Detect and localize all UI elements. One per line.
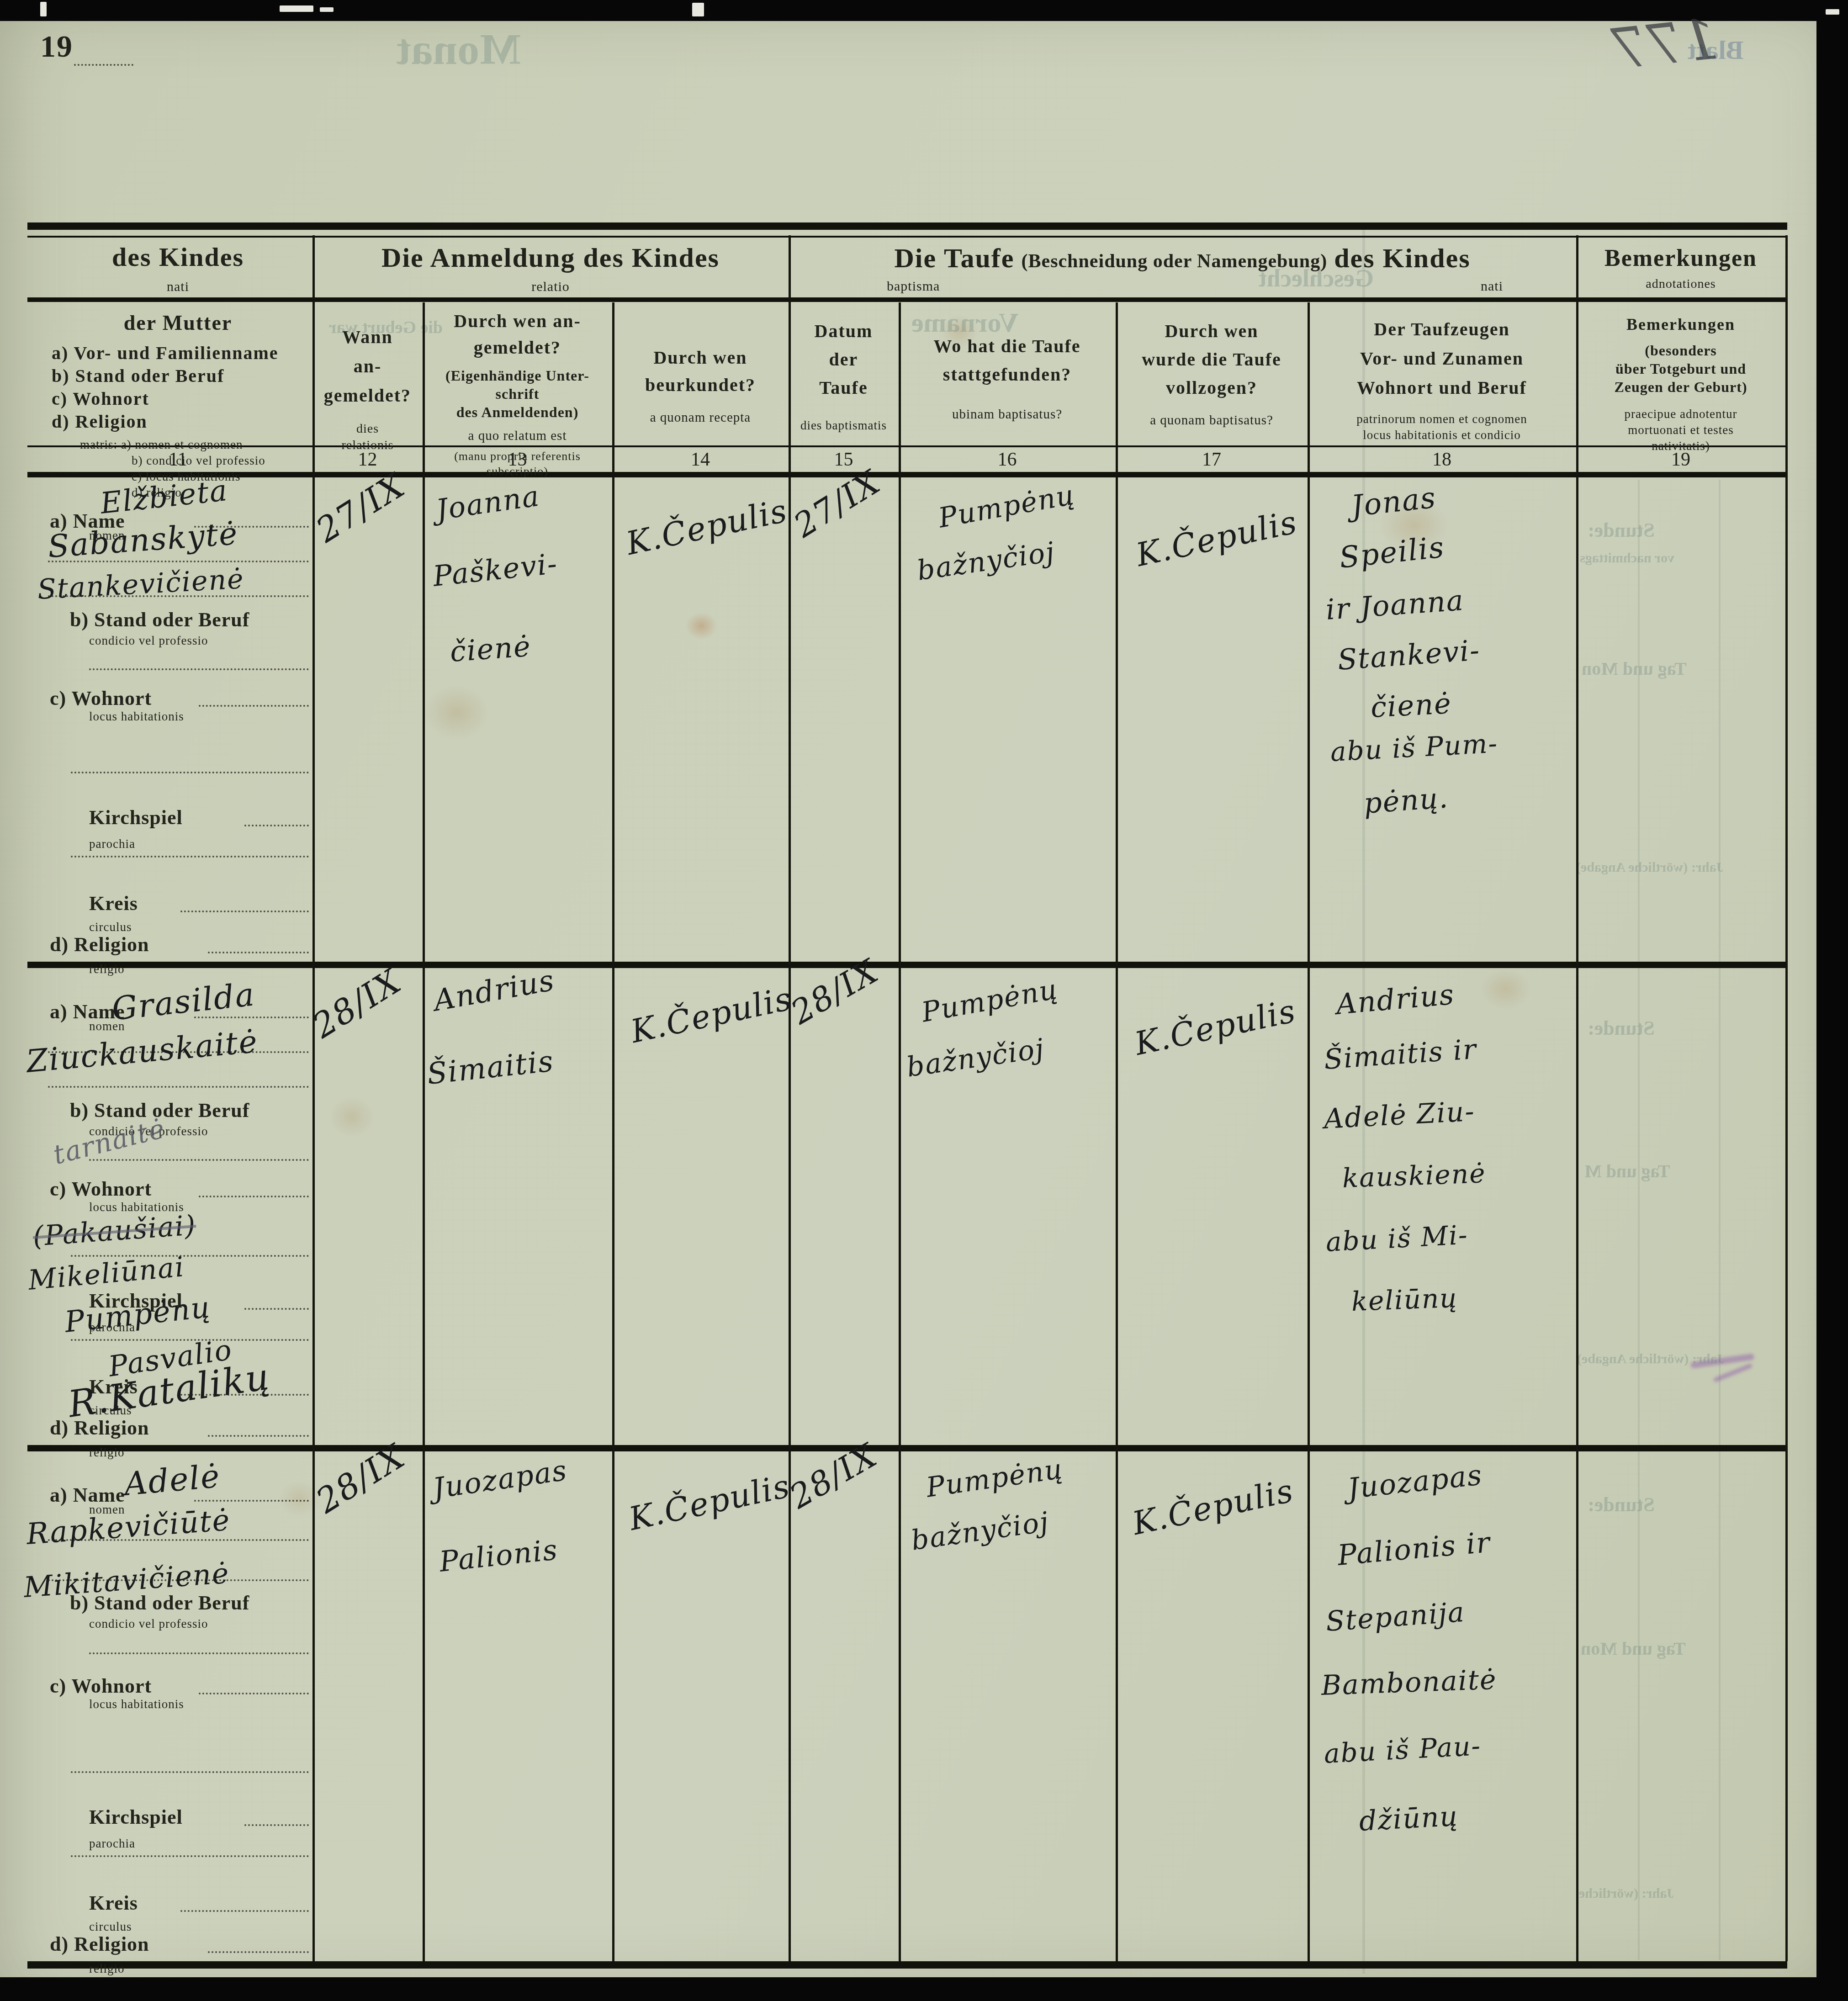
col-number-18: 18: [1308, 449, 1576, 471]
group-taufe-t3: des Kindes: [1334, 243, 1470, 273]
group-bemerkungen-sub: adnotationes: [1646, 276, 1716, 292]
col-header-15: Datum der Taufe dies baptismatis: [789, 310, 899, 445]
table-rule: [27, 236, 1787, 238]
dotline: [180, 911, 309, 912]
label-parochia: parochia: [89, 837, 135, 851]
ghost-text: Blatt: [1688, 35, 1743, 65]
show-through-rule: [1719, 480, 1721, 1960]
col13-line: des Anmeldenden): [456, 403, 579, 421]
group-taufe-title: Die Taufe (Beschneidung oder Namengebung…: [894, 241, 1470, 275]
col19-latin: mortuonati et testes: [1628, 422, 1733, 438]
page-number-dots: [74, 64, 133, 66]
col19-latin: praecipue adnotentur: [1624, 406, 1737, 422]
dotline: [71, 856, 309, 858]
col11-line-b: b) Stand oder Beruf: [52, 365, 224, 387]
col-number-19: 19: [1576, 449, 1785, 471]
label-locus: locus habitationis: [89, 1697, 184, 1711]
entry-taufzeugen: Bambonaitė: [1321, 1664, 1498, 1702]
dotline: [244, 1824, 309, 1826]
col-number-12: 12: [312, 449, 423, 471]
label-religion: d) Religion: [50, 933, 149, 956]
column-line: [423, 302, 425, 1961]
group-taufe-sub-right: nati: [1481, 277, 1503, 295]
group-anmeldung-title: Die Anmeldung des Kindes: [381, 241, 720, 275]
dotline: [199, 705, 309, 707]
label-condicio: condicio vel professio: [89, 634, 208, 648]
col-number-15: 15: [789, 449, 899, 471]
col17-line: Durch wen: [1165, 320, 1258, 343]
ghost-text: Jahr: (wörtliche Angabe): [1576, 860, 1723, 875]
label-locus: locus habitationis: [89, 709, 184, 724]
row-separator: [27, 962, 1787, 968]
col-number-14: 14: [612, 449, 789, 471]
dotline: [48, 1086, 309, 1088]
label-circulus: circulus: [89, 1920, 132, 1934]
dotline: [89, 668, 309, 670]
label-stand: b) Stand oder Beruf: [70, 608, 249, 631]
col-header-14: Durch wen beurkundet? a quonam recepta: [612, 310, 789, 445]
entry-taufzeugen: čienė: [1370, 687, 1452, 724]
entry-taufzeugen: pėnų.: [1362, 781, 1450, 820]
col-header-17: Durch wen wurde die Taufe vollzogen? a q…: [1116, 310, 1308, 445]
dotline: [208, 1435, 309, 1437]
ghost-text: Jahr: (wörtliche: [1579, 1886, 1673, 1901]
col13-line: schrift: [496, 385, 540, 403]
table-rule: [27, 472, 1787, 477]
label-kirchspiel: Kirchspiel: [89, 1805, 183, 1829]
row-separator: [27, 1445, 1787, 1451]
label-religio: religio: [89, 1962, 124, 1976]
header-group-kind: des Kindes nati: [43, 238, 312, 298]
ghost-text: Jahr: (wörtliche Angabe): [1577, 1351, 1724, 1367]
col14-latin: a quonam recepta: [650, 409, 751, 427]
dotline: [71, 1855, 309, 1857]
col11-line-d: d) Religion: [52, 410, 148, 433]
column-line: [612, 302, 614, 1961]
col-header-12: Wann an- gemeldet? dies relationis: [312, 310, 423, 445]
col16-latin: ubinam baptisatus?: [952, 406, 1062, 423]
ghost-text: 177: [1609, 6, 1721, 82]
table-rule: [27, 445, 1787, 447]
col13-line: gemeldet?: [474, 336, 561, 359]
dotline: [194, 1500, 309, 1502]
col13-line: Durch wen an-: [454, 310, 581, 333]
group-anmeldung-sub: relatio: [531, 278, 570, 296]
col19-line: Bemerkungen: [1626, 314, 1735, 335]
col18-latin: patrinorum nomen et cognomen: [1356, 411, 1527, 427]
col15-line: Taufe: [819, 376, 868, 399]
column-line: [899, 302, 901, 1961]
col17-line: vollzogen?: [1166, 376, 1257, 399]
entry-anmelder: čienė: [449, 630, 532, 668]
label-parochia: parochia: [89, 1837, 135, 1851]
col15-line: der: [829, 348, 858, 371]
dotline: [199, 1196, 309, 1197]
dotline: [71, 772, 309, 773]
dotline: [244, 1308, 309, 1310]
col19-line: Zeugen der Geburt): [1614, 378, 1747, 396]
ghost-text: Monat: [397, 24, 521, 74]
dotline: [180, 1910, 309, 1912]
col14-line: Durch wen: [653, 346, 747, 369]
ghost-text: vor nachmittags: [1580, 551, 1674, 566]
col11-line-a: a) Vor- und Familienname: [52, 342, 279, 365]
register-page: MonatBlatt177die Geburt warVornameGeschl…: [0, 0, 1848, 2001]
entry-taufzeugen: džiūnų: [1358, 1800, 1459, 1837]
label-wohnort: c) Wohnort: [50, 1674, 152, 1698]
col-number-13: 13: [423, 449, 612, 471]
column-line: [1308, 302, 1310, 1961]
label-condicio: condicio vel professio: [89, 1617, 208, 1631]
dotline: [244, 825, 309, 826]
ghost-text: Stunde:: [1588, 1493, 1655, 1516]
ghost-text: Tag und M: [1584, 1160, 1670, 1182]
label-kirchspiel: Kirchspiel: [89, 806, 183, 829]
col17-line: wurde die Taufe: [1142, 348, 1281, 371]
col12-latin: dies: [356, 421, 379, 437]
show-through-rule: [1638, 480, 1640, 1960]
label-wohnort: c) Wohnort: [50, 687, 152, 710]
table-rule: [27, 1961, 1787, 1969]
label-kreis: Kreis: [89, 1891, 138, 1915]
col16-line: stattgefunden?: [943, 363, 1071, 386]
col18-line: Wohnort und Beruf: [1357, 376, 1527, 399]
column-line: [312, 235, 315, 1961]
col12-line: Wann: [342, 326, 392, 349]
group-bemerkungen-title: Bemerkungen: [1604, 244, 1757, 273]
header-group-taufe: Die Taufe (Beschneidung oder Namengebung…: [789, 238, 1576, 298]
header-group-bemerkungen: Bemerkungen adnotationes: [1576, 238, 1785, 298]
entry-taufzeugen: kauskienė: [1342, 1158, 1487, 1194]
ghost-text: Stunde:: [1588, 1016, 1655, 1040]
entry-taufzeugen: keliūnų: [1351, 1282, 1458, 1317]
dotline: [71, 1255, 309, 1257]
label-religion: d) Religion: [50, 1932, 149, 1956]
col-number-11: 11: [43, 449, 312, 471]
col-header-13: Durch wen an- gemeldet? (Eigenhändige Un…: [423, 310, 612, 445]
col11-title: der Mutter: [124, 310, 233, 336]
col-number-16: 16: [899, 449, 1116, 471]
col15-latin: dies baptismatis: [800, 418, 887, 434]
column-line: [1116, 302, 1118, 1961]
label-kreis: Kreis: [89, 892, 138, 915]
dotline: [71, 1771, 309, 1773]
header-group-anmeldung: Die Anmeldung des Kindes relatio: [312, 238, 789, 298]
group-taufe-t2: (Beschneidung oder Namengebung): [1021, 251, 1327, 272]
col11-line-c: c) Wohnort: [52, 387, 149, 410]
col-header-11: der Mutter a) Vor- und Familienname b) S…: [43, 310, 312, 445]
col16-line: Wo hat die Taufe: [933, 335, 1080, 358]
table-rule: [27, 297, 1787, 302]
col-header-16: Wo hat die Taufe stattgefunden? ubinam b…: [899, 310, 1116, 445]
dotline: [208, 1951, 309, 1953]
col14-line: beurkundet?: [645, 374, 756, 397]
col12-line: gemeldet?: [324, 384, 411, 407]
column-line: [1785, 235, 1788, 1961]
col-header-18: Der Taufzeugen Vor- und Zunamen Wohnort …: [1308, 310, 1576, 445]
ghost-text: Tag und Mon: [1581, 1638, 1686, 1659]
col19-line: über Totgeburt und: [1615, 360, 1746, 378]
col19-line: (besonders: [1645, 341, 1717, 360]
col12-line: an-: [354, 355, 382, 378]
dotline: [89, 1159, 309, 1161]
col-number-17: 17: [1116, 449, 1308, 471]
col18-line: Vor- und Zunamen: [1360, 347, 1524, 370]
ghost-text: Stunde:: [1588, 519, 1655, 542]
table-rule: [27, 222, 1787, 230]
dotline: [208, 952, 309, 953]
col13-line: (Eigenhändige Unter-: [445, 366, 589, 385]
col-header-19: Bemerkungen (besonders über Totgeburt un…: [1576, 310, 1785, 445]
col13-latin: a quo relatum est: [468, 428, 567, 445]
column-line: [1576, 235, 1578, 1961]
group-taufe-sub-left: baptisma: [887, 277, 940, 295]
label-circulus: circulus: [89, 920, 132, 934]
label-wohnort: c) Wohnort: [50, 1177, 152, 1201]
page-number: 19: [40, 28, 73, 64]
dotline: [89, 1652, 309, 1654]
col18-latin: locus habitationis et condicio: [1363, 427, 1521, 443]
col15-line: Datum: [815, 320, 873, 343]
group-kind-title: des Kindes: [112, 241, 244, 274]
group-taufe-t1: Die Taufe: [894, 243, 1014, 273]
dotline: [199, 1693, 309, 1694]
col17-latin: a quonam baptisatus?: [1150, 412, 1273, 429]
group-kind-sub: nati: [167, 278, 189, 296]
column-line: [789, 235, 791, 1961]
ghost-text: Tag und Mon: [1582, 658, 1687, 679]
col18-line: Der Taufzeugen: [1374, 318, 1509, 341]
